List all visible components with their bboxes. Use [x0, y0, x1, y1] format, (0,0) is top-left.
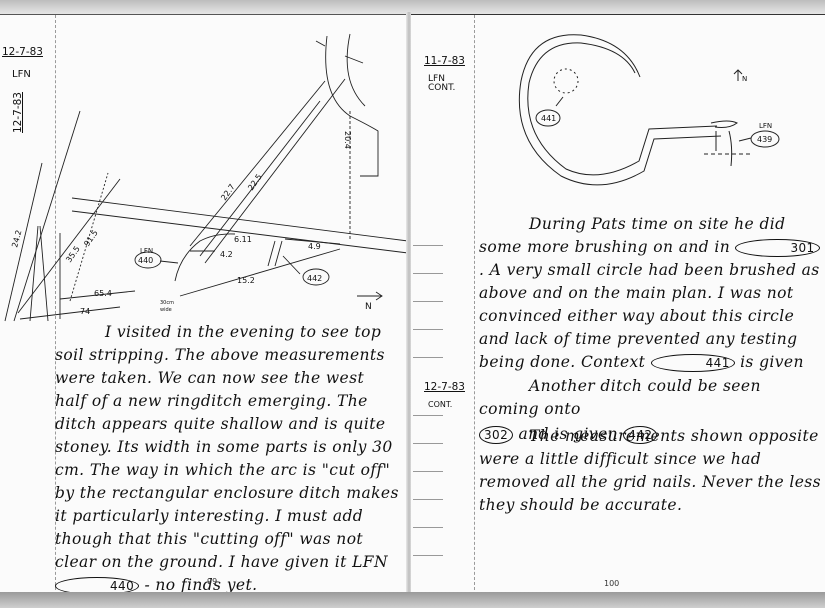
scan-bottom-edge: [0, 592, 825, 608]
svg-text:24.2: 24.2: [10, 229, 23, 249]
sketch-lfn-label: LFN: [140, 247, 153, 255]
svg-text:wide: wide: [160, 307, 172, 313]
svg-text:91.5: 91.5: [82, 228, 100, 248]
svg-text:4.9: 4.9: [308, 242, 321, 251]
right-entry2-sublabel: CONT.: [428, 400, 452, 409]
rule-line: [413, 471, 443, 472]
rule-line: [413, 273, 443, 274]
svg-text:74: 74: [80, 307, 90, 316]
ring-ditch-sketch: 441 439 LFN N: [411, 1, 825, 191]
rule-line: [413, 301, 443, 302]
rule-line: [413, 415, 443, 416]
sketch-441-label: 441: [541, 114, 556, 123]
right-page-number: 100: [604, 579, 619, 588]
left-page-text: I visited in the evening to see top soil…: [55, 321, 400, 597]
right-notebook-page: 11-7-83 LFN CONT. 441 439 LFN N During P…: [411, 14, 825, 595]
left-page-number: 99: [207, 577, 217, 586]
para1-text-c: is given: [740, 353, 804, 371]
svg-text:439: 439: [757, 135, 772, 144]
right-paragraph-3: The measurements shown opposite were a l…: [479, 425, 823, 517]
site-plan-sketch: 24.2 35.5 91.5 65.4 74 22.7 22.5 20.4 6.…: [0, 1, 408, 321]
svg-text:35.5: 35.5: [64, 244, 82, 264]
left-text-body: I visited in the evening to see top soil…: [55, 323, 399, 571]
right-entry2-date: 12-7-83: [424, 381, 465, 393]
svg-text:15.2: 15.2: [237, 276, 255, 285]
para2-text-a: Another ditch could be seen coming onto: [479, 377, 761, 418]
svg-text:N: N: [742, 75, 747, 83]
context-441-circled: 441: [651, 354, 735, 372]
rule-line: [413, 245, 443, 246]
svg-text:6.11: 6.11: [234, 235, 252, 244]
para3-text: The measurements shown opposite were a l…: [479, 427, 821, 514]
rule-line: [413, 499, 443, 500]
svg-text:440: 440: [138, 256, 153, 265]
left-notebook-page: 12-7-83 LFN 12-7-83: [0, 14, 408, 595]
svg-text:442: 442: [307, 274, 322, 283]
rule-line: [413, 329, 443, 330]
svg-text:N: N: [365, 302, 372, 312]
right-paragraph-1: During Pats time on site he did some mor…: [479, 213, 823, 374]
svg-text:30cm: 30cm: [160, 300, 174, 306]
svg-text:4.2: 4.2: [220, 250, 233, 259]
context-301-circled: 301: [735, 239, 819, 257]
svg-text:20.4: 20.4: [343, 131, 352, 149]
rule-line: [413, 357, 443, 358]
svg-text:65.4: 65.4: [94, 289, 112, 298]
svg-text:LFN: LFN: [759, 122, 772, 130]
rule-line: [413, 555, 443, 556]
rule-line: [413, 443, 443, 444]
rule-line: [413, 527, 443, 528]
